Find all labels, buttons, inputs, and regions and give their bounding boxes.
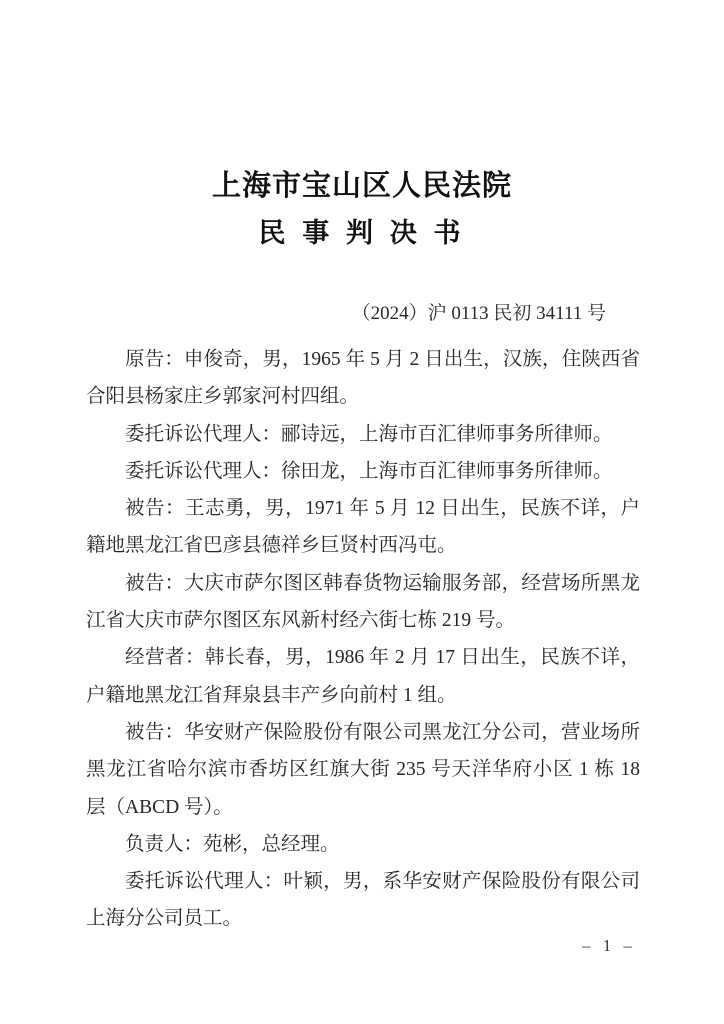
case-number: （2024）沪 0113 民初 34111 号 bbox=[0, 302, 724, 326]
document-body: 原告：申俊奇，男，1965 年 5 月 2 日出生，汉族，住陕西省合阳县杨家庄乡… bbox=[86, 341, 640, 938]
paragraph-plaintiff: 原告：申俊奇，男，1965 年 5 月 2 日出生，汉族，住陕西省合阳县杨家庄乡… bbox=[86, 341, 640, 416]
page-number: – 1 – bbox=[582, 936, 636, 956]
paragraph-plaintiff-agent-1: 委托诉讼代理人：郦诗远，上海市百汇律师事务所律师。 bbox=[86, 416, 640, 453]
paragraph-defendant-2: 被告：大庆市萨尔图区韩春货物运输服务部，经营场所黑龙江省大庆市萨尔图区东风新村经… bbox=[86, 565, 640, 640]
paragraph-defendant-agent: 委托诉讼代理人：叶颖，男，系华安财产保险股份有限公司上海分公司员工。 bbox=[86, 863, 640, 938]
paragraph-person-in-charge: 负责人：苑彬，总经理。 bbox=[86, 826, 640, 863]
paragraph-operator: 经营者：韩长春，男，1986 年 2 月 17 日出生，民族不详，户籍地黑龙江省… bbox=[86, 639, 640, 714]
judgment-document-page: 上海市宝山区人民法院 民 事 判 决 书 （2024）沪 0113 民初 341… bbox=[0, 0, 724, 1024]
court-name: 上海市宝山区人民法院 bbox=[0, 0, 724, 204]
paragraph-defendant-3: 被告：华安财产保险股份有限公司黑龙江分公司，营业场所黑龙江省哈尔滨市香坊区红旗大… bbox=[86, 714, 640, 826]
paragraph-defendant-1: 被告：王志勇，男，1971 年 5 月 12 日出生，民族不详，户籍地黑龙江省巴… bbox=[86, 490, 640, 565]
document-title: 民 事 判 决 书 bbox=[0, 216, 724, 250]
paragraph-plaintiff-agent-2: 委托诉讼代理人：徐田龙，上海市百汇律师事务所律师。 bbox=[86, 453, 640, 490]
